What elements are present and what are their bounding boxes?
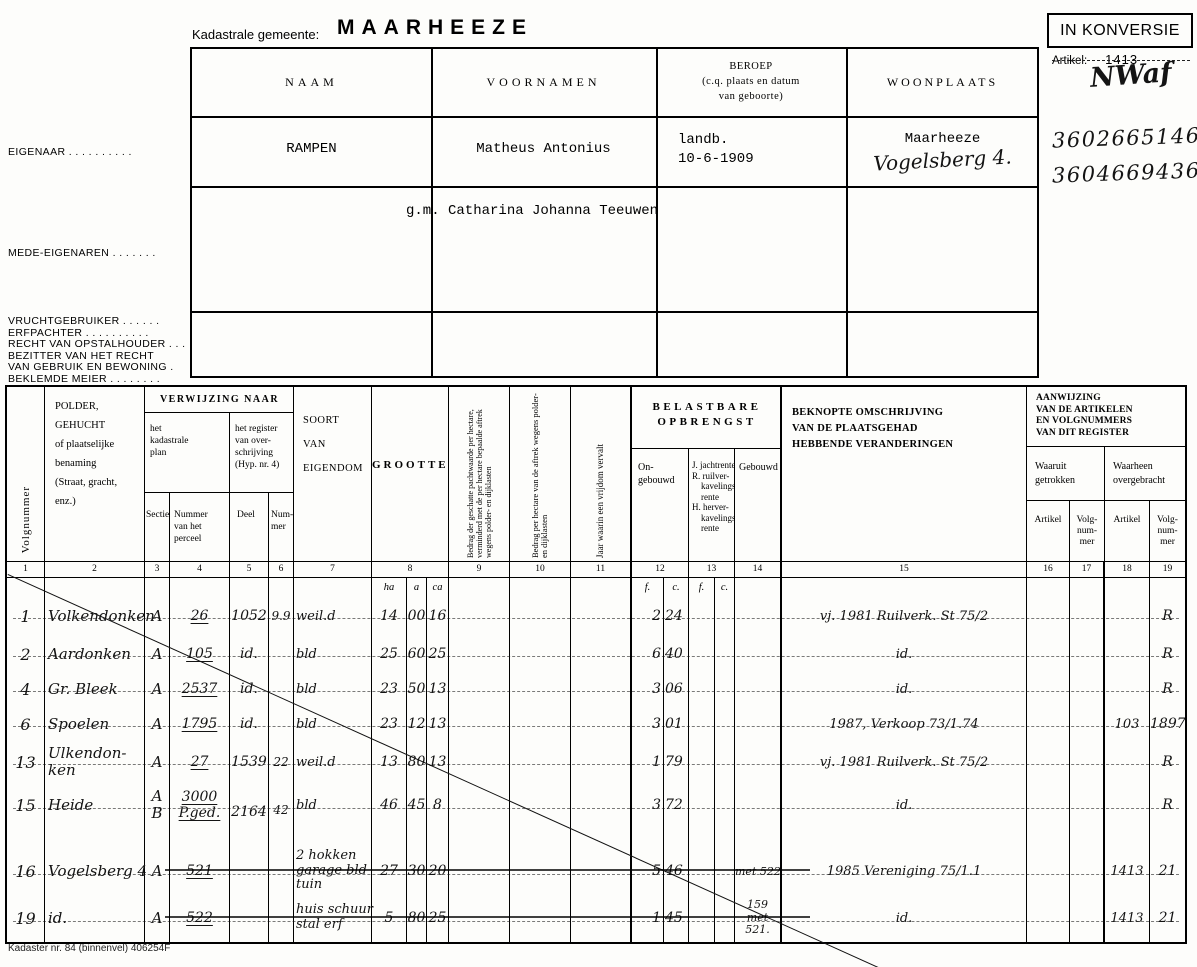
cell-c10 (510, 828, 571, 848)
cell-ca: 13 (427, 672, 449, 706)
cell-c13 (715, 706, 735, 742)
cell-soort: bld (294, 706, 372, 742)
cell-perceel (170, 828, 230, 848)
cell-f12: 3 (632, 706, 664, 742)
cell-ca (427, 828, 449, 848)
cell-f13 (689, 894, 715, 942)
cell-a18 (1105, 672, 1150, 706)
cell-geb (735, 782, 782, 828)
header-volgnummer: Volgnummer (7, 387, 45, 561)
col-header-beroep: BEROEP(c.q. plaats en datumvan geboorte) (656, 59, 846, 104)
cell-geb (735, 596, 782, 636)
gehuwd-met-line: g.m. Catharina Johanna Teeuwen (406, 203, 658, 219)
cell-nr (269, 848, 294, 894)
cell-nr (269, 828, 294, 848)
cell-naam: Ulkendon-ken (45, 742, 145, 782)
handwritten-initials: NWaf (1089, 57, 1173, 94)
cell-no: 15 (7, 782, 45, 828)
cell-perceel: 522 (170, 894, 230, 942)
cell-ca: 13 (427, 742, 449, 782)
cell-a: 80 (407, 894, 427, 942)
col-header-woonplaats: WOONPLAATS (846, 75, 1039, 90)
cell-nr: 22 (269, 742, 294, 782)
cell-c11 (571, 578, 632, 596)
column-number: 7 (294, 562, 372, 577)
gemeente-name: MAARHEEZE (337, 16, 533, 40)
header-register-overschrijving: het registervan over-schrijving(Hyp. nr.… (230, 413, 294, 493)
register-table: Volgnummer POLDER,GEHUCHTof plaatselijke… (5, 385, 1187, 944)
cell-naam: Spoelen (45, 706, 145, 742)
cell-f12: 3 (632, 672, 664, 706)
cell-c11 (571, 636, 632, 672)
cell-c13 (715, 742, 735, 782)
cell-c9 (449, 706, 510, 742)
cell-geb: met 522 (735, 848, 782, 894)
cell-a: 12 (407, 706, 427, 742)
column-number: 3 (145, 562, 170, 577)
register-rows: haacaf.c.f.c.1VolkendonkenA2610529.9weil… (7, 578, 1185, 942)
cell-c13 (715, 828, 735, 848)
register-table-header: Volgnummer POLDER,GEHUCHTof plaatselijke… (7, 387, 1185, 562)
cell-nr (269, 636, 294, 672)
cell-v19 (1150, 578, 1185, 596)
cell-c12: 01 (664, 706, 689, 742)
cell-a: 30 (407, 848, 427, 894)
cell-f13 (689, 596, 715, 636)
cell-omschr (782, 828, 1027, 848)
cell-c9 (449, 742, 510, 782)
cell-ha: 25 (372, 636, 407, 672)
cell-soort: huis schuurstal erf (294, 894, 372, 942)
header-aftrek-vertical: Bedrag per hectare van de aftrek wegens … (510, 387, 571, 561)
cell-v17 (1070, 828, 1105, 848)
cell-a16 (1027, 782, 1070, 828)
column-number: 12 (632, 562, 689, 577)
cell-soort: 2 hokkengarage bldtuin (294, 848, 372, 894)
header-gebouwd: Gebouwd (735, 449, 782, 561)
eigenaar-geboortedatum: 10-6-1909 (678, 151, 754, 167)
header-kadastrale-plan: hetkadastraleplan (145, 413, 230, 493)
cell-a: 45 (407, 782, 427, 828)
cell-a16 (1027, 636, 1070, 672)
cell-c10 (510, 894, 571, 942)
cell-sectie: A (145, 742, 170, 782)
cell-v19: 1897 (1150, 706, 1185, 742)
table-row: 19id.A522huis schuurstal erf58025145159m… (7, 894, 1185, 942)
cell-c9 (449, 828, 510, 848)
cell-f12: f. (632, 578, 664, 596)
header-vrijdom-vertical: Jaar waarin een vrijdom vervalt (571, 387, 632, 561)
header-artikel-uit: Artikel (1027, 501, 1070, 561)
cell-v17 (1070, 596, 1105, 636)
cell-deel: 2164 (230, 782, 269, 828)
cell-c10 (510, 848, 571, 894)
cell-no: 16 (7, 848, 45, 894)
cell-perceel: 2537 (170, 672, 230, 706)
cell-a16 (1027, 828, 1070, 848)
cell-omschr: id. (782, 672, 1027, 706)
cell-no (7, 828, 45, 848)
eigenaar-label: EIGENAAR . . . . . . . . . . (8, 146, 132, 158)
cell-c10 (510, 672, 571, 706)
cell-geb (735, 578, 782, 596)
cell-sectie: A (145, 894, 170, 942)
header-grootte: GROOTTE (372, 387, 449, 561)
cell-geb (735, 672, 782, 706)
cell-perceel: 26 (170, 596, 230, 636)
cell-a18 (1105, 578, 1150, 596)
cell-v19: R (1150, 672, 1185, 706)
cell-soort: bld (294, 782, 372, 828)
eigenaar-naam: RAMPEN (192, 141, 431, 157)
cell-f13 (689, 636, 715, 672)
cell-f12: 1 (632, 894, 664, 942)
cell-v19: R (1150, 742, 1185, 782)
cell-c9 (449, 636, 510, 672)
cell-no (7, 578, 45, 596)
header-soort-van-eigendom: SOORTVANEIGENDOM (294, 387, 372, 561)
column-number: 5 (230, 562, 269, 577)
cell-v17 (1070, 706, 1105, 742)
cell-sectie: AB (145, 782, 170, 828)
eigenaar-voornamen: Matheus Antonius (431, 141, 656, 157)
cell-c12: c. (664, 578, 689, 596)
column-number: 10 (510, 562, 571, 577)
cell-a18 (1105, 782, 1150, 828)
cell-no: 4 (7, 672, 45, 706)
cell-a18: 1413 (1105, 894, 1150, 942)
spacer-row (7, 828, 1185, 848)
header-ongebouwd: On-gebouwd (632, 449, 689, 561)
column-number: 14 (735, 562, 782, 577)
cell-geb (735, 828, 782, 848)
cell-no: 2 (7, 636, 45, 672)
artikel-label: Artikel: (1052, 55, 1087, 67)
cell-deel (230, 848, 269, 894)
cell-ca: 13 (427, 706, 449, 742)
cell-no: 19 (7, 894, 45, 942)
column-number: 11 (571, 562, 632, 577)
header-deel: Deel (230, 493, 269, 561)
cell-ca: 20 (427, 848, 449, 894)
cell-v19: R (1150, 782, 1185, 828)
cell-c13 (715, 672, 735, 706)
cell-sectie (145, 578, 170, 596)
cell-a: 60 (407, 636, 427, 672)
cell-ha: 23 (372, 706, 407, 742)
header-waarheen-overgebracht: Waarheenovergebracht (1105, 447, 1185, 501)
cell-c12: 79 (664, 742, 689, 782)
cell-naam: Aardonken (45, 636, 145, 672)
cell-c13 (715, 782, 735, 828)
cell-geb (735, 636, 782, 672)
cell-sectie (145, 828, 170, 848)
cell-ha (372, 828, 407, 848)
belastbare-title: BELASTBAREOPBRENGST (632, 387, 782, 449)
col-header-voornamen: VOORNAMEN (431, 75, 656, 90)
cell-v17 (1070, 782, 1105, 828)
cell-c11 (571, 848, 632, 894)
cell-sectie: A (145, 672, 170, 706)
column-number: 17 (1070, 562, 1105, 577)
cell-c10 (510, 742, 571, 782)
column-number: 6 (269, 562, 294, 577)
header-polder-gehucht: POLDER,GEHUCHTof plaatselijkebenaming(St… (45, 387, 145, 561)
aanwijzing-title: AANWIJZINGVAN DE ARTIKELENEN VOLGNUMMERS… (1027, 387, 1185, 447)
cell-a16 (1027, 742, 1070, 782)
form-number-footer: Kadaster nr. 84 (binnenvel) 406254F (8, 943, 170, 954)
cell-naam: Gr. Bleek (45, 672, 145, 706)
header-artikel-heen: Artikel (1105, 501, 1150, 561)
header-nummer: Num-mer (269, 493, 294, 561)
cell-nr (269, 578, 294, 596)
cell-soort: weil.d (294, 742, 372, 782)
cell-ha: 23 (372, 672, 407, 706)
cell-a16 (1027, 848, 1070, 894)
cell-sectie: A (145, 706, 170, 742)
cell-omschr: id. (782, 894, 1027, 942)
col-header-naam: NAAM (192, 75, 431, 90)
cell-ha: 27 (372, 848, 407, 894)
cell-omschr: id. (782, 782, 1027, 828)
cell-c10 (510, 578, 571, 596)
cell-deel (230, 578, 269, 596)
cell-perceel: 3000P.ged. (170, 782, 230, 828)
cell-c9 (449, 894, 510, 942)
cell-naam (45, 578, 145, 596)
cell-ha: 13 (372, 742, 407, 782)
cell-a18 (1105, 596, 1150, 636)
header-rente: J. jachtrenteR. ruilver- kavelings- rent… (689, 449, 735, 561)
cell-c11 (571, 828, 632, 848)
cell-deel: id. (230, 636, 269, 672)
cell-f13 (689, 742, 715, 782)
cell-a16 (1027, 672, 1070, 706)
column-number: 16 (1027, 562, 1070, 577)
cell-a16 (1027, 894, 1070, 942)
cell-f13 (689, 672, 715, 706)
column-numbers-row: 12345678910111213141516171819 (7, 562, 1185, 578)
eigenaar-adres-handwritten: Vogelsberg 4. (849, 143, 1035, 177)
cell-f13 (689, 828, 715, 848)
cell-v17 (1070, 894, 1105, 942)
cell-ca: 25 (427, 894, 449, 942)
cell-naam: Heide (45, 782, 145, 828)
cell-c11 (571, 596, 632, 636)
column-number: 9 (449, 562, 510, 577)
cell-ca: 8 (427, 782, 449, 828)
cell-f12: 2 (632, 596, 664, 636)
cell-sectie: A (145, 596, 170, 636)
cell-deel: 1052 (230, 596, 269, 636)
cell-no: 6 (7, 706, 45, 742)
cell-geb (735, 706, 782, 742)
cell-naam (45, 828, 145, 848)
cell-perceel: 105 (170, 636, 230, 672)
cell-a18 (1105, 636, 1150, 672)
cell-v17 (1070, 672, 1105, 706)
column-number: 2 (45, 562, 145, 577)
cell-c9 (449, 848, 510, 894)
cell-v17 (1070, 578, 1105, 596)
cell-perceel: 1795 (170, 706, 230, 742)
kadastrale-gemeente-label: Kadastrale gemeente: (192, 27, 319, 42)
column-number: 15 (782, 562, 1027, 577)
cell-c12: 24 (664, 596, 689, 636)
cell-c10 (510, 706, 571, 742)
cell-sectie: A (145, 848, 170, 894)
header-aanwijzing: AANWIJZINGVAN DE ARTIKELENEN VOLGNUMMERS… (1027, 387, 1185, 561)
cell-omschr: id. (782, 636, 1027, 672)
cell-v17 (1070, 636, 1105, 672)
header-volgnummer-heen: Volg-num-mer (1150, 501, 1185, 561)
cell-deel (230, 894, 269, 942)
cell-nr (269, 706, 294, 742)
handwritten-number-1: 3602665146 (1052, 123, 1197, 152)
cell-omschr: 1985 Vereniging 75/1.1 (782, 848, 1027, 894)
cell-omschr: 1987, Verkoop 73/1.74 (782, 706, 1027, 742)
header-nummer-perceel: Nummervan hetperceel (170, 493, 230, 561)
cell-deel: id. (230, 706, 269, 742)
cell-a (407, 828, 427, 848)
verwijzing-title: VERWIJZING NAAR (145, 387, 294, 413)
cell-geb: 159met521. (735, 894, 782, 942)
cell-c11 (571, 706, 632, 742)
cell-soort: weil.d (294, 596, 372, 636)
cell-v19: R (1150, 596, 1185, 636)
cell-c12: 72 (664, 782, 689, 828)
cell-a18: 1413 (1105, 848, 1150, 894)
column-number: 18 (1105, 562, 1150, 577)
cell-a16 (1027, 706, 1070, 742)
cell-f12: 3 (632, 782, 664, 828)
table-row: 1VolkendonkenA2610529.9weil.d140016224vj… (7, 596, 1185, 636)
cell-c13 (715, 848, 735, 894)
header-waaruit-getrokken: Waaruitgetrokken (1027, 447, 1105, 501)
cell-c13 (715, 596, 735, 636)
cell-c9 (449, 596, 510, 636)
cell-omschr: vj. 1981 Ruilverk. St 75/2 (782, 742, 1027, 782)
cell-f13 (689, 706, 715, 742)
cell-nr (269, 894, 294, 942)
cell-soort (294, 578, 372, 596)
cell-a18: 103 (1105, 706, 1150, 742)
column-number: 19 (1150, 562, 1185, 577)
cell-soort: bld (294, 636, 372, 672)
cell-v17 (1070, 742, 1105, 782)
cell-f13: f. (689, 578, 715, 596)
scanned-cadastral-register-page: Kadastrale gemeente: MAARHEEZE IN KONVER… (0, 0, 1197, 967)
cell-v19: 21 (1150, 894, 1185, 942)
column-number: 1 (7, 562, 45, 577)
cell-ha: 5 (372, 894, 407, 942)
cell-c12: 06 (664, 672, 689, 706)
header-pachtwaarde-vertical: Bedrag der geschatte pachtwaarde per hec… (449, 387, 510, 561)
cell-nr: 9.9 (269, 596, 294, 636)
column-number: 13 (689, 562, 735, 577)
cell-c10 (510, 636, 571, 672)
eigenaar-beroep: landb. (678, 132, 728, 148)
cell-a16 (1027, 578, 1070, 596)
rights-labels-block: VRUCHTGEBRUIKER . . . . . .ERFPACHTER . … (8, 316, 185, 386)
cell-a18 (1105, 742, 1150, 782)
cell-ha: 14 (372, 596, 407, 636)
column-number: 4 (170, 562, 230, 577)
cell-a18 (1105, 828, 1150, 848)
cell-a: a (407, 578, 427, 596)
cell-naam: Vogelsberg 4 (45, 848, 145, 894)
cell-c11 (571, 672, 632, 706)
cell-soort: bld (294, 672, 372, 706)
table-row: 4Gr. BleekA2537id.bld235013306id.R (7, 672, 1185, 706)
cell-soort (294, 828, 372, 848)
cell-c12: 45 (664, 894, 689, 942)
cell-f12 (632, 828, 664, 848)
cell-geb (735, 742, 782, 782)
column-number: 8 (372, 562, 449, 577)
cell-ca: ca (427, 578, 449, 596)
cell-no: 1 (7, 596, 45, 636)
cell-ca: 16 (427, 596, 449, 636)
mede-eigenaren-label: MEDE-EIGENAREN . . . . . . . (8, 247, 156, 259)
handwritten-number-2: 3604669436 (1052, 158, 1197, 187)
cell-c13 (715, 636, 735, 672)
cell-f12: 6 (632, 636, 664, 672)
cell-c9 (449, 578, 510, 596)
cell-perceel: 27 (170, 742, 230, 782)
table-row: 16Vogelsberg 4A5212 hokkengarage bldtuin… (7, 848, 1185, 894)
header-sectie: Sectie (145, 493, 170, 561)
cell-omschr: vj. 1981 Ruilverk. St 75/2 (782, 596, 1027, 636)
cell-ha: ha (372, 578, 407, 596)
cell-ha: 46 (372, 782, 407, 828)
cell-c11 (571, 742, 632, 782)
table-row: 13Ulkendon-kenA27153922weil.d138013179vj… (7, 742, 1185, 782)
cell-deel (230, 828, 269, 848)
header-beknopte-omschrijving: BEKNOPTE OMSCHRIJVINGVAN DE PLAATSGEHADH… (782, 387, 1027, 561)
table-row: 6SpoelenA1795id.bld2312133011987, Verkoo… (7, 706, 1185, 742)
cell-c12: 40 (664, 636, 689, 672)
cell-f12: 5 (632, 848, 664, 894)
header-volgnummer-uit: Volg-num-mer (1070, 501, 1105, 561)
owner-table: NAAM VOORNAMEN BEROEP(c.q. plaats en dat… (190, 47, 1039, 378)
cell-c9 (449, 782, 510, 828)
cell-deel: 1539 (230, 742, 269, 782)
cell-ca: 25 (427, 636, 449, 672)
cell-omschr (782, 578, 1027, 596)
cell-perceel: 521 (170, 848, 230, 894)
header-verwijzing-naar: VERWIJZING NAAR hetkadastraleplan het re… (145, 387, 294, 561)
cell-naam: id. (45, 894, 145, 942)
cell-v19 (1150, 828, 1185, 848)
cell-v19: 21 (1150, 848, 1185, 894)
cell-c11 (571, 894, 632, 942)
table-row: 15HeideAB3000P.ged.216442bld46458372id.R (7, 782, 1185, 828)
in-konversie-stamp: IN KONVERSIE (1047, 13, 1193, 48)
cell-f13 (689, 782, 715, 828)
cell-a: 50 (407, 672, 427, 706)
cell-perceel (170, 578, 230, 596)
cell-c10 (510, 596, 571, 636)
cell-c11 (571, 782, 632, 828)
cell-c9 (449, 672, 510, 706)
cell-a16 (1027, 596, 1070, 636)
units-row: haacaf.c.f.c. (7, 578, 1185, 596)
cell-nr: 42 (269, 782, 294, 828)
cell-v17 (1070, 848, 1105, 894)
cell-c13: c. (715, 578, 735, 596)
cell-a: 00 (407, 596, 427, 636)
